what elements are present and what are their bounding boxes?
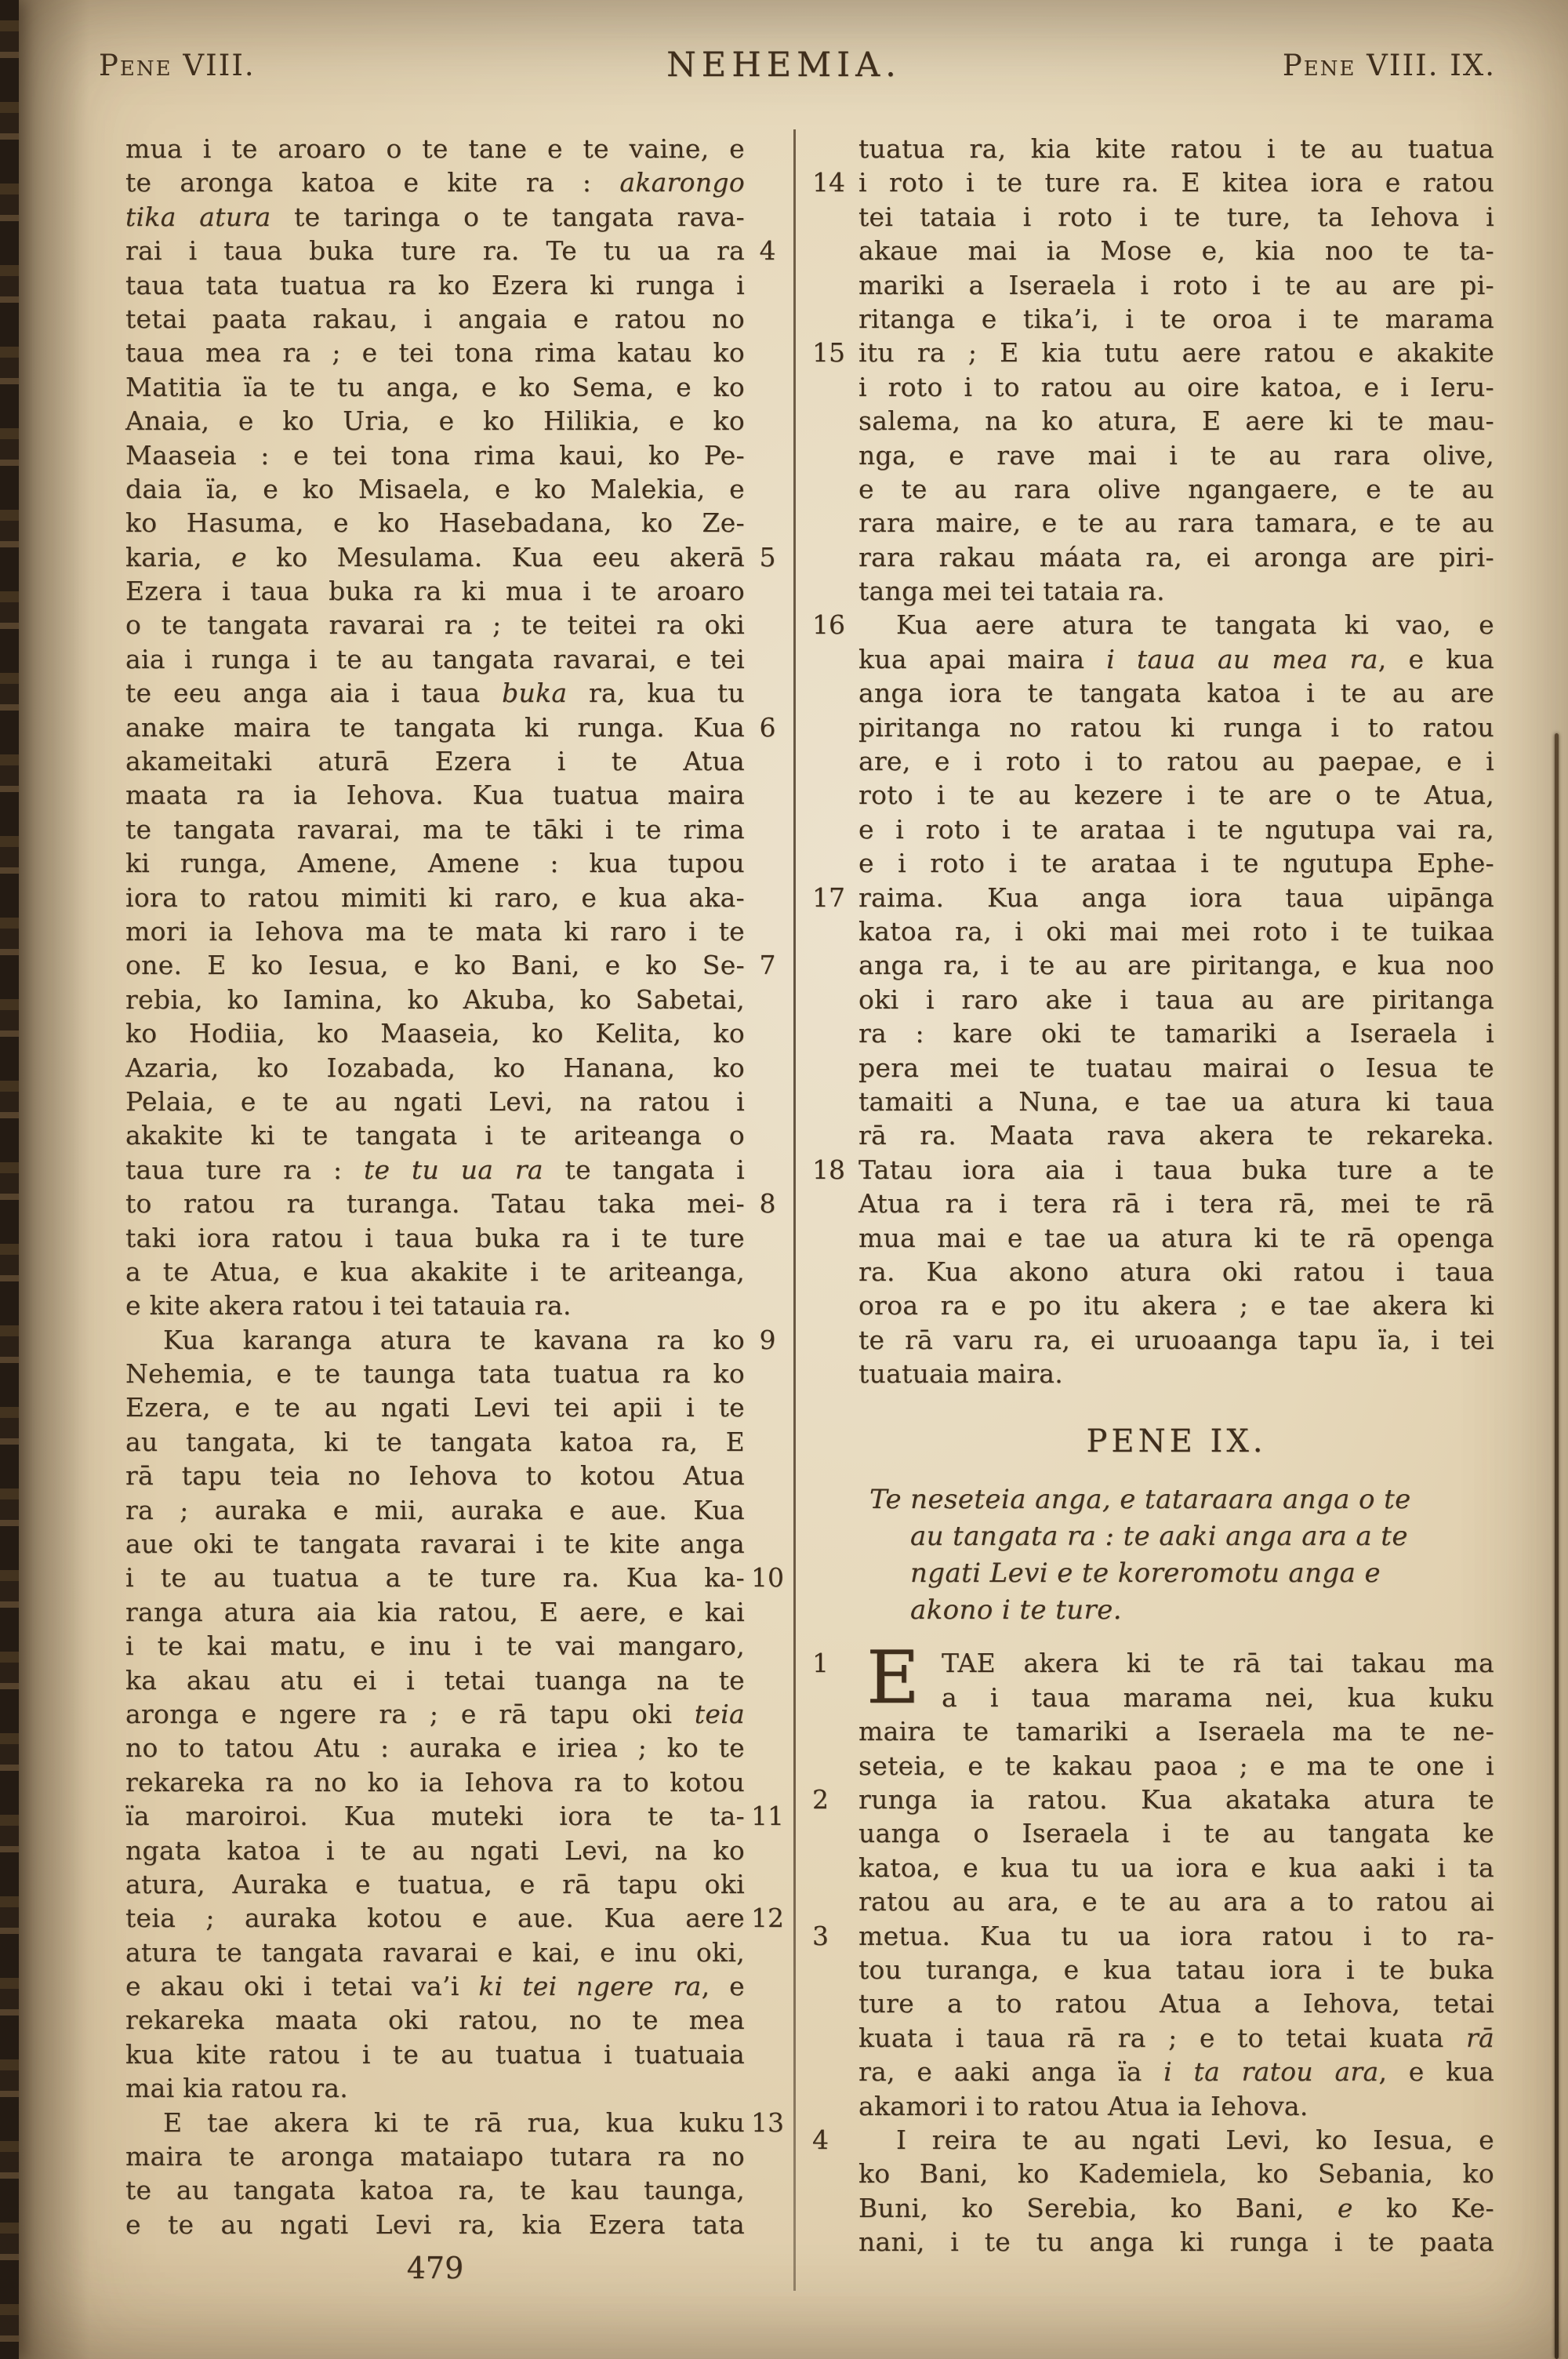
verse-text-line: Atua ra i tera rā i tera rā, mei te rā: [858, 1187, 1494, 1220]
verse-text-line: kua apai maira i taua au mea ra, e kua: [858, 642, 1494, 676]
right-text-column: tuatua ra, kia kite ratou i te au tuatua…: [808, 132, 1494, 2259]
text-line-row: Atua ra i tera rā i tera rā, mei te rā: [808, 1187, 1494, 1220]
verse-text-line: akamori i to ratou Atua ia Iehova.: [858, 2089, 1494, 2123]
verse-text-line: runga ia ratou. Kua akataka atura te: [858, 1783, 1494, 1816]
text-line-row: daia ïa, e ko Misaela, e ko Malekia, e: [125, 472, 790, 506]
verse-text-line: taua mea ra ; e tei tona rima katau ko: [125, 336, 745, 369]
text-line-row: maira te aronga mataiapo tutara ra no: [125, 2139, 790, 2173]
verse-text-line: oroa ra e po itu akera ; e tae akera ki: [858, 1289, 1494, 1322]
text-line-row: a te Atua, e kua akakite i te ariteanga,: [125, 1255, 790, 1289]
text-line-row: ra, e aaki anga ïa i ta ratou ara, e kua: [808, 2055, 1494, 2088]
verse-number: 11: [745, 1799, 790, 1833]
text-line-row: 2runga ia ratou. Kua akataka atura te: [808, 1783, 1494, 1816]
text-line-row: mori ia Iehova ma te mata ki raro i te: [125, 914, 790, 948]
text-line-row: Matitia ïa te tu anga, e ko Sema, e ko: [125, 370, 790, 404]
verse-text-line: tetai paata rakau, i angaia e ratou no: [125, 302, 745, 336]
text-line-row: i te au tuatua a te ture ra. Kua ka-10: [125, 1561, 790, 1594]
text-line-row: E tae akera ki te rā rua, kua kuku13: [125, 2106, 790, 2139]
verse-text-line: no to tatou Atu : auraka e iriea ; ko te: [125, 1731, 745, 1765]
verse-text-line: Buni, ko Serebia, ko Bani, e ko Ke-: [858, 2191, 1494, 2225]
verse-text-line: roto i te au kezere i te are o te Atua,: [858, 778, 1494, 812]
verse-text-line: Nehemia, e te taunga tata tuatua ra ko: [125, 1357, 745, 1390]
text-line-row: Kua karanga atura te kavana ra ko9: [125, 1323, 790, 1357]
text-line-row: e i roto i te arataa i te ngutupa Ephe-: [808, 846, 1494, 880]
chapter-summary-line: Te neseteia anga, e tataraara anga o te: [858, 1481, 1494, 1518]
text-line-row: tamaiti a Nuna, e tae ua atura ki taua: [808, 1085, 1494, 1118]
verse-text-line: e i roto i te arataa i te ngutupa vai ra…: [858, 812, 1494, 846]
verse-text-line: are, e i roto i to ratou au paepae, e i: [858, 744, 1494, 778]
verse-text-line: a i taua marama nei, kua kuku: [858, 1681, 1494, 1714]
chapter-summary: Te neseteia anga, e tataraara anga o tea…: [858, 1481, 1494, 1629]
text-line-row: tanga mei tei tataia ra.: [808, 574, 1494, 608]
text-line-row: Buni, ko Serebia, ko Bani, e ko Ke-: [808, 2191, 1494, 2225]
text-line-row: Ezera i taua buka ra ki mua i te aroaro: [125, 574, 790, 608]
column-divider-rule: [793, 129, 796, 2291]
verse-text-line: aia i runga i te au tangata ravarai, e t…: [125, 642, 745, 676]
text-line-row: atura te tangata ravarai e kai, e inu ok…: [125, 1936, 790, 1969]
text-line-row: taua mea ra ; e tei tona rima katau ko: [125, 336, 790, 369]
text-line-row: akameitaki aturā Ezera i te Atua: [125, 744, 790, 778]
text-line-row: anga ra, i te au are piritanga, e kua no…: [808, 948, 1494, 982]
text-line-row: rekareka ra no ko ia Iehova ra to kotou: [125, 1765, 790, 1799]
verse-text-line: tika atura te taringa o te tangata rava-: [125, 200, 745, 234]
verse-text-line: rebia, ko Iamina, ko Akuba, ko Sabetai,: [125, 983, 745, 1016]
verse-text-line: piritanga no ratou ki runga i to ratou: [858, 711, 1494, 744]
verse-text-line: ngata katoa i te au ngati Levi, na ko: [125, 1834, 745, 1867]
text-line-row: 15itu ra ; E kia tutu aere ratou e akaki…: [808, 336, 1494, 369]
verse-number: 2: [808, 1783, 858, 1816]
verse-text-line: ka akau atu ei i tetai tuanga na te: [125, 1663, 745, 1697]
text-line-row: Pelaia, e te au ngati Levi, na ratou i: [125, 1085, 790, 1118]
text-line-row: te tangata ravarai, ma te tāki i te rima: [125, 812, 790, 846]
verse-text-line: atura, Auraka e tuatua, e rā tapu oki: [125, 1867, 745, 1901]
verse-text-line: tuatuaia maira.: [858, 1357, 1494, 1390]
text-line-row: ko Hasuma, e ko Hasebadana, ko Ze-: [125, 506, 790, 540]
text-line-row: i roto i to ratou au oire katoa, e i Ier…: [808, 370, 1494, 404]
text-line-row: katoa ra, i oki mai mei roto i te tuikaa: [808, 914, 1494, 948]
verse-text-line: to ratou ra turanga. Tatau taka mei-: [125, 1187, 745, 1220]
verse-text-line: e akau oki i tetai va’i ki tei ngere ra,…: [125, 1969, 745, 2003]
verse-number: 4: [745, 234, 790, 267]
verse-text-line: kuata i taua rā ra ; e to tetai kuata rā: [858, 2021, 1494, 2055]
text-line-row: Maaseia : e tei tona rima kaui, ko Pe-: [125, 438, 790, 472]
verse-text-line: iora to ratou mimiti ki raro, e kua aka-: [125, 881, 745, 914]
text-line-row: mua mai e tae ua atura ki te rā openga: [808, 1221, 1494, 1255]
verse-text-line: ko Hodiia, ko Maaseia, ko Kelita, ko: [125, 1016, 745, 1050]
text-line-row: ritanga e tika’i, i te oroa i te marama: [808, 302, 1494, 336]
verse-text-line: TAE akera ki te rā tai takau maE: [858, 1646, 1494, 1680]
verse-text-line: Matitia ïa te tu anga, e ko Sema, e ko: [125, 370, 745, 404]
verse-text-line: maata ra ia Iehova. Kua tuatua maira: [125, 778, 745, 812]
running-head-left: Pene VIII.: [99, 49, 256, 82]
text-line-row: maira te tamariki a Iseraela ma te ne-: [808, 1714, 1494, 1748]
verse-text-line: ra. Kua akono atura oki ratou i taua: [858, 1255, 1494, 1289]
text-line-row: taua ture ra : te tu ua ra te tangata i: [125, 1153, 790, 1187]
verse-text-line: ki runga, Amene, Amene : kua tupou: [125, 846, 745, 880]
verse-text-line: te aronga katoa e kite ra : akarongo: [125, 165, 745, 199]
text-line-row: uanga o Iseraela i te au tangata ke: [808, 1816, 1494, 1850]
verse-text-line: metua. Kua tu ua iora ratou i to ra-: [858, 1919, 1494, 1953]
verse-text-line: rā tapu teia no Iehova to kotou Atua: [125, 1459, 745, 1492]
text-line-row: ka akau atu ei i tetai tuanga na te: [125, 1663, 790, 1697]
text-line-row: mai kia ratou ra.: [125, 2071, 790, 2105]
verse-text-line: i te au tuatua a te ture ra. Kua ka-: [125, 1561, 745, 1594]
text-line-row: te aronga katoa e kite ra : akarongo: [125, 165, 790, 199]
verse-number: 10: [745, 1561, 790, 1594]
verse-text-line: uanga o Iseraela i te au tangata ke: [858, 1816, 1494, 1850]
verse-text-line: rā ra. Maata rava akera te rekareka.: [858, 1118, 1494, 1152]
verse-text-line: pera mei te tuatau mairai o Iesua te: [858, 1051, 1494, 1085]
text-line-row: au tangata, ki te tangata katoa ra, E: [125, 1425, 790, 1459]
verse-text-line: maira te tamariki a Iseraela ma te ne-: [858, 1714, 1494, 1748]
verse-text-line: tanga mei tei tataia ra.: [858, 574, 1494, 608]
verse-text-line: E tae akera ki te rā rua, kua kuku: [125, 2106, 745, 2139]
text-line-row: e te au rara olive ngangaere, e te au: [808, 472, 1494, 506]
text-line-row: akakite ki te tangata i te ariteanga o: [125, 1118, 790, 1152]
text-line-row: ratou au ara, e te au ara a to ratou ai: [808, 1885, 1494, 1918]
text-line-row: Anaia, e ko Uria, e ko Hilikia, e ko: [125, 404, 790, 438]
book-gutter-edge: [0, 0, 19, 2359]
text-line-row: te rā varu ra, ei uruoaanga tapu ïa, i t…: [808, 1323, 1494, 1357]
verse-text-line: mua i te aroaro o te tane e te vaine, e: [125, 132, 745, 165]
page-edge-shadow: [1555, 733, 1559, 2359]
verse-text-line: i roto i te ture ra. E kitea iora e rato…: [858, 165, 1494, 199]
text-line-row: aue oki te tangata ravarai i te kite ang…: [125, 1527, 790, 1561]
verse-text-line: tamaiti a Nuna, e tae ua atura ki taua: [858, 1085, 1494, 1118]
text-line-row: akamori i to ratou Atua ia Iehova.: [808, 2089, 1494, 2123]
verse-text-line: ko Hasuma, e ko Hasebadana, ko Ze-: [125, 506, 745, 540]
running-head-right: Pene VIII. IX.: [1283, 49, 1496, 82]
text-line-row: kuata i taua rā ra ; e to tetai kuata rā: [808, 2021, 1494, 2055]
verse-number: 12: [745, 1901, 790, 1935]
verse-text-line: e kite akera ratou i tei tatauia ra.: [125, 1289, 745, 1322]
text-line-row: ki runga, Amene, Amene : kua tupou: [125, 846, 790, 880]
verse-text-line: akameitaki aturā Ezera i te Atua: [125, 744, 745, 778]
text-line-row: rekareka maata oki ratou, no te mea: [125, 2003, 790, 2037]
verse-number: 3: [808, 1919, 858, 1953]
verse-text-line: ïa maroiroi. Kua muteki iora te ta-: [125, 1799, 745, 1833]
verse-text-line: rekareka ra no ko ia Iehova ra to kotou: [125, 1765, 745, 1799]
verse-text-line: o te tangata ravarai ra ; te teitei ra o…: [125, 608, 745, 642]
text-line-row: ranga atura aia kia ratou, E aere, e kai: [125, 1595, 790, 1629]
text-line-row: to ratou ra turanga. Tatau taka mei-8: [125, 1187, 790, 1220]
verse-text-line: tuatua ra, kia kite ratou i te au tuatua: [858, 132, 1494, 165]
text-line-row: are, e i roto i to ratou au paepae, e i: [808, 744, 1494, 778]
text-line-row: oki i raro ake i taua au are piritanga: [808, 983, 1494, 1016]
text-line-row: rebia, ko Iamina, ko Akuba, ko Sabetai,: [125, 983, 790, 1016]
text-line-row: a i taua marama nei, kua kuku: [808, 1681, 1494, 1714]
verse-text-line: tou turanga, e kua tatau iora i te buka: [858, 1953, 1494, 1986]
verse-text-line: akakite ki te tangata i te ariteanga o: [125, 1118, 745, 1152]
verse-text-line: te au tangata katoa ra, te kau taunga,: [125, 2173, 745, 2207]
text-line-row: rara maire, e te au rara tamara, e te au: [808, 506, 1494, 540]
text-line-row: i te kai matu, e inu i te vai mangaro,: [125, 1629, 790, 1663]
verse-text-line: kua kite ratou i te au tuatua i tuatuaia: [125, 2037, 745, 2071]
text-line-row: 3metua. Kua tu ua iora ratou i to ra-: [808, 1919, 1494, 1953]
verse-text-line: teia ; auraka kotou e aue. Kua aere: [125, 1901, 745, 1935]
text-line-row: rā tapu teia no Iehova to kotou Atua: [125, 1459, 790, 1492]
verse-number: 18: [808, 1153, 858, 1187]
verse-text-line: ra, e aaki anga ïa i ta ratou ara, e kua: [858, 2055, 1494, 2088]
verse-text-line: rekareka maata oki ratou, no te mea: [125, 2003, 745, 2037]
verse-text-line: taki iora ratou i taua buka ra i te ture: [125, 1221, 745, 1255]
verse-text-line: ra ; auraka e mii, auraka e aue. Kua: [125, 1493, 745, 1527]
text-line-row: oroa ra e po itu akera ; e tae akera ki: [808, 1289, 1494, 1322]
text-line-row: tuatua ra, kia kite ratou i te au tuatua: [808, 132, 1494, 165]
page-number: 479: [125, 2251, 745, 2285]
verse-text-line: aue oki te tangata ravarai i te kite ang…: [125, 1527, 745, 1561]
text-line-row: iora to ratou mimiti ki raro, e kua aka-: [125, 881, 790, 914]
book-page-photo: Pene VIII. NEHEMIA. Pene VIII. IX. mua i…: [0, 0, 1568, 2359]
text-line-row: 16Kua aere atura te tangata ki vao, e: [808, 608, 1494, 642]
verse-number: 7: [745, 948, 790, 982]
verse-text-line: maira te aronga mataiapo tutara ra no: [125, 2139, 745, 2173]
verse-text-line: daia ïa, e ko Misaela, e ko Malekia, e: [125, 472, 745, 506]
text-line-row: nani, i te tu anga ki runga i te paata: [808, 2225, 1494, 2259]
text-line-row: tei tataia i roto i te ture, ta Iehova i: [808, 200, 1494, 234]
left-text-column: mua i te aroaro o te tane e te vaine, et…: [125, 132, 790, 2241]
text-line-row: maata ra ia Iehova. Kua tuatua maira: [125, 778, 790, 812]
text-line-row: ïa maroiroi. Kua muteki iora te ta-11: [125, 1799, 790, 1833]
verse-number: 14: [808, 165, 858, 199]
text-line-row: 17raima. Kua anga iora taua uipānga: [808, 881, 1494, 914]
text-line-row: mariki a Iseraela i roto i te au are pi-: [808, 268, 1494, 302]
verse-text-line: itu ra ; E kia tutu aere ratou e akakite: [858, 336, 1494, 369]
verse-number: 5: [745, 540, 790, 574]
verse-text-line: e i roto i te arataa i te ngutupa Ephe-: [858, 846, 1494, 880]
verse-number: 4: [808, 2123, 858, 2157]
verse-text-line: Maaseia : e tei tona rima kaui, ko Pe-: [125, 438, 745, 472]
verse-number: 6: [745, 711, 790, 744]
verse-text-line: mai kia ratou ra.: [125, 2071, 745, 2105]
text-line-row: o te tangata ravarai ra ; te teitei ra o…: [125, 608, 790, 642]
verse-text-line: ratou au ara, e te au ara a to ratou ai: [858, 1885, 1494, 1918]
text-line-row: seteia, e te kakau paoa ; e ma te one i: [808, 1749, 1494, 1783]
text-line-row: ra : kare oki te tamariki a Iseraela i: [808, 1016, 1494, 1050]
text-line-row: e te au ngati Levi ra, kia Ezera tata: [125, 2208, 790, 2241]
text-line-row: tetai paata rakau, i angaia e ratou no: [125, 302, 790, 336]
verse-text-line: anga iora te tangata katoa i te au are: [858, 676, 1494, 710]
text-line-row: karia, e ko Mesulama. Kua eeu akerā5: [125, 540, 790, 574]
verse-text-line: Ezera, e te au ngati Levi tei apii i te: [125, 1390, 745, 1424]
chapter-summary-line: akono i te ture.: [858, 1592, 1494, 1629]
text-line-row: tika atura te taringa o te tangata rava-: [125, 200, 790, 234]
text-line-row: ko Bani, ko Kademiela, ko Sebania, ko: [808, 2157, 1494, 2190]
running-head-title: NEHEMIA.: [666, 45, 902, 85]
text-line-row: anake maira te tangata ki runga. Kua6: [125, 711, 790, 744]
verse-number: 16: [808, 608, 858, 642]
verse-text-line: nga, e rave mai i te au rara olive,: [858, 438, 1494, 472]
text-line-row: 18Tatau iora aia i taua buka ture a te: [808, 1153, 1494, 1187]
verse-text-line: mori ia Iehova ma te mata ki raro i te: [125, 914, 745, 948]
verse-text-line: i roto i to ratou au oire katoa, e i Ier…: [858, 370, 1494, 404]
verse-text-line: anake maira te tangata ki runga. Kua: [125, 711, 745, 744]
text-line-row: rara rakau máata ra, ei aronga are piri-: [808, 540, 1494, 574]
text-line-row: katoa, e kua tu ua iora e kua aaki i ta: [808, 1851, 1494, 1885]
verse-text-line: katoa, e kua tu ua iora e kua aaki i ta: [858, 1851, 1494, 1885]
text-line-row: ra. Kua akono atura oki ratou i taua: [808, 1255, 1494, 1289]
text-line-row: ture a to ratou Atua a Iehova, tetai: [808, 1986, 1494, 2020]
text-line-row: kua kite ratou i te au tuatua i tuatuaia: [125, 2037, 790, 2071]
text-line-row: atura, Auraka e tuatua, e rā tapu oki: [125, 1867, 790, 1901]
verse-text-line: atura te tangata ravarai e kai, e inu ok…: [125, 1936, 745, 1969]
text-line-row: 4I reira te au ngati Levi, ko Iesua, e: [808, 2123, 1494, 2157]
text-line-row: akaue mai ia Mose e, kia noo te ta-: [808, 234, 1494, 267]
verse-number: 1: [808, 1646, 858, 1680]
text-line-row: te au tangata katoa ra, te kau taunga,: [125, 2173, 790, 2207]
verse-text-line: mua mai e tae ua atura ki te rā openga: [858, 1221, 1494, 1255]
verse-text-line: aronga e ngere ra ; e rā tapu oki teia: [125, 1697, 745, 1731]
chapter-summary-line: au tangata ra : te aaki anga ara a te: [858, 1518, 1494, 1555]
verse-text-line: salema, na ko atura, E aere ki te mau-: [858, 404, 1494, 438]
verse-text-line: e te au ngati Levi ra, kia Ezera tata: [125, 2208, 745, 2241]
verse-text-line: Ezera i taua buka ra ki mua i te aroaro: [125, 574, 745, 608]
verse-text-line: rara rakau máata ra, ei aronga are piri-: [858, 540, 1494, 574]
verse-text-line: rai i taua buka ture ra. Te tu ua ra: [125, 234, 745, 267]
verse-text-line: Anaia, e ko Uria, e ko Hilikia, e ko: [125, 404, 745, 438]
verse-text-line: e te au rara olive ngangaere, e te au: [858, 472, 1494, 506]
verse-text-line: au tangata, ki te tangata katoa ra, E: [125, 1425, 745, 1459]
text-line-row: kua apai maira i taua au mea ra, e kua: [808, 642, 1494, 676]
verse-number: 8: [745, 1187, 790, 1220]
text-line-row: rai i taua buka ture ra. Te tu ua ra4: [125, 234, 790, 267]
text-line-row: ra ; auraka e mii, auraka e aue. Kua: [125, 1493, 790, 1527]
verse-text-line: Pelaia, e te au ngati Levi, na ratou i: [125, 1085, 745, 1118]
verse-text-line: ranga atura aia kia ratou, E aere, e kai: [125, 1595, 745, 1629]
verse-text-line: taua ture ra : te tu ua ra te tangata i: [125, 1153, 745, 1187]
verse-text-line: nani, i te tu anga ki runga i te paata: [858, 2225, 1494, 2259]
text-line-row: tou turanga, e kua tatau iora i te buka: [808, 1953, 1494, 1986]
verse-text-line: ture a to ratou Atua a Iehova, tetai: [858, 1986, 1494, 2020]
gutter-shadow: [19, 0, 89, 2359]
text-line-row: roto i te au kezere i te are o te Atua,: [808, 778, 1494, 812]
text-line-row: salema, na ko atura, E aere ki te mau-: [808, 404, 1494, 438]
chapter-heading: PENE IX.: [858, 1422, 1494, 1461]
verse-text-line: oki i raro ake i taua au are piritanga: [858, 983, 1494, 1016]
text-line-row: rā ra. Maata rava akera te rekareka.: [808, 1118, 1494, 1152]
verse-text-line: ra : kare oki te tamariki a Iseraela i: [858, 1016, 1494, 1050]
text-line-row: aronga e ngere ra ; e rā tapu oki teia: [125, 1697, 790, 1731]
text-line-row: anga iora te tangata katoa i te au are: [808, 676, 1494, 710]
verse-text-line: one. E ko Iesua, e ko Bani, e ko Se-: [125, 948, 745, 982]
verse-text-line: I reira te au ngati Levi, ko Iesua, e: [858, 2123, 1494, 2157]
verse-text-line: te rā varu ra, ei uruoaanga tapu ïa, i t…: [858, 1323, 1494, 1357]
verse-text-line: Azaria, ko Iozabada, ko Hanana, ko: [125, 1051, 745, 1085]
text-line-row: mua i te aroaro o te tane e te vaine, e: [125, 132, 790, 165]
verse-text-line: Kua aere atura te tangata ki vao, e: [858, 608, 1494, 642]
text-line-row: ko Hodiia, ko Maaseia, ko Kelita, ko: [125, 1016, 790, 1050]
chapter-summary-line: ngati Levi e te koreromotu anga e: [858, 1555, 1494, 1592]
text-line-row: piritanga no ratou ki runga i to ratou: [808, 711, 1494, 744]
verse-number: 15: [808, 336, 858, 369]
text-line-row: ngata katoa i te au ngati Levi, na ko: [125, 1834, 790, 1867]
text-line-row: e kite akera ratou i tei tatauia ra.: [125, 1289, 790, 1322]
verse-text-line: Tatau iora aia i taua buka ture a te: [858, 1153, 1494, 1187]
verse-number: 9: [745, 1323, 790, 1357]
text-line-row: teia ; auraka kotou e aue. Kua aere12: [125, 1901, 790, 1935]
text-line-row: 14i roto i te ture ra. E kitea iora e ra…: [808, 165, 1494, 199]
text-line-row: Nehemia, e te taunga tata tuatua ra ko: [125, 1357, 790, 1390]
text-line-row: one. E ko Iesua, e ko Bani, e ko Se-7: [125, 948, 790, 982]
verse-text-line: ko Bani, ko Kademiela, ko Sebania, ko: [858, 2157, 1494, 2190]
verse-text-line: seteia, e te kakau paoa ; e ma te one i: [858, 1749, 1494, 1783]
verse-text-line: mariki a Iseraela i roto i te au are pi-: [858, 268, 1494, 302]
verse-text-line: a te Atua, e kua akakite i te ariteanga,: [125, 1255, 745, 1289]
verse-text-line: karia, e ko Mesulama. Kua eeu akerā: [125, 540, 745, 574]
verse-text-line: katoa ra, i oki mai mei roto i te tuikaa: [858, 914, 1494, 948]
text-line-row: tuatuaia maira.: [808, 1357, 1494, 1390]
text-line-row: Ezera, e te au ngati Levi tei apii i te: [125, 1390, 790, 1424]
verse-text-line: taua tata tuatua ra ko Ezera ki runga i: [125, 268, 745, 302]
verse-text-line: Kua karanga atura te kavana ra ko: [125, 1323, 745, 1357]
verse-text-line: ritanga e tika’i, i te oroa i te marama: [858, 302, 1494, 336]
text-line-row: taua tata tuatua ra ko Ezera ki runga i: [125, 268, 790, 302]
text-line-row: e i roto i te arataa i te ngutupa vai ra…: [808, 812, 1494, 846]
text-line-row: 1TAE akera ki te rā tai takau maE: [808, 1646, 1494, 1680]
verse-number: 17: [808, 881, 858, 914]
text-line-row: te eeu anga aia i taua buka ra, kua tu: [125, 676, 790, 710]
text-line-row: taki iora ratou i taua buka ra i te ture: [125, 1221, 790, 1255]
verse-number: 13: [745, 2106, 790, 2139]
text-line-row: aia i runga i te au tangata ravarai, e t…: [125, 642, 790, 676]
verse-text-line: te eeu anga aia i taua buka ra, kua tu: [125, 676, 745, 710]
verse-text-line: rara maire, e te au rara tamara, e te au: [858, 506, 1494, 540]
text-line-row: no to tatou Atu : auraka e iriea ; ko te: [125, 1731, 790, 1765]
text-line-row: pera mei te tuatau mairai o Iesua te: [808, 1051, 1494, 1085]
text-line-row: nga, e rave mai i te au rara olive,: [808, 438, 1494, 472]
verse-text-line: anga ra, i te au are piritanga, e kua no…: [858, 948, 1494, 982]
verse-text-line: raima. Kua anga iora taua uipānga: [858, 881, 1494, 914]
verse-text-line: i te kai matu, e inu i te vai mangaro,: [125, 1629, 745, 1663]
text-line-row: e akau oki i tetai va’i ki tei ngere ra,…: [125, 1969, 790, 2003]
verse-text-line: te tangata ravarai, ma te tāki i te rima: [125, 812, 745, 846]
verse-text-line: tei tataia i roto i te ture, ta Iehova i: [858, 200, 1494, 234]
text-line-row: Azaria, ko Iozabada, ko Hanana, ko: [125, 1051, 790, 1085]
verse-text-line: akaue mai ia Mose e, kia noo te ta-: [858, 234, 1494, 267]
